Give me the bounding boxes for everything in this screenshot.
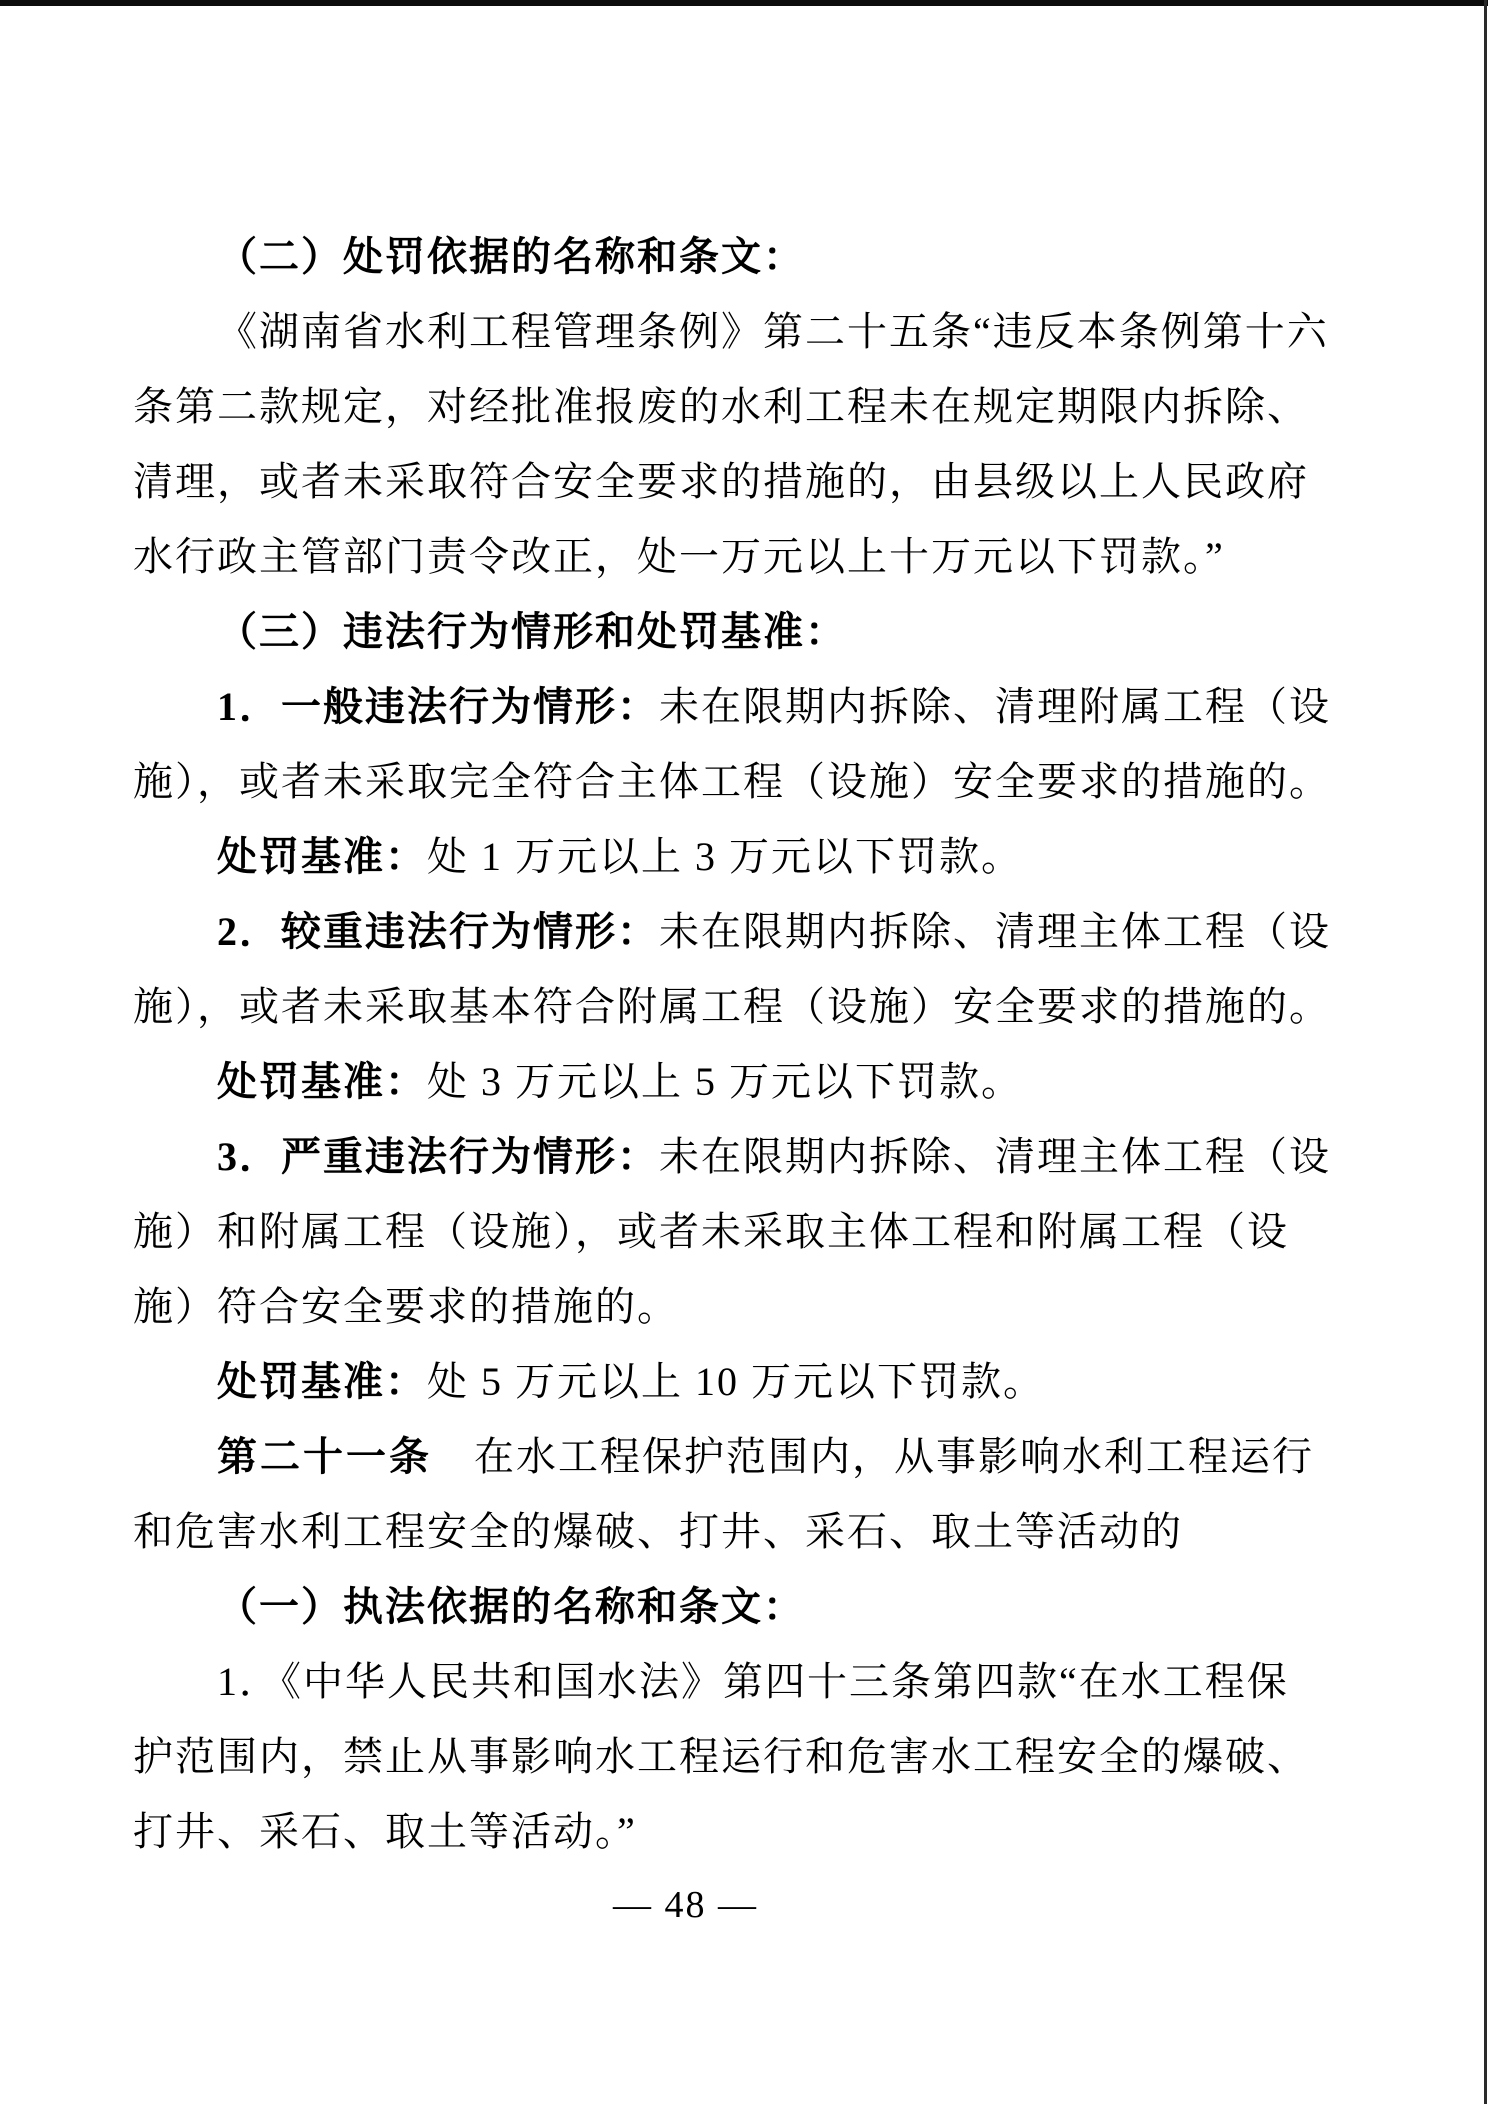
heading-text: （一）执法依据的名称和条文：: [217, 1584, 805, 1629]
body-line: 处罚基准：处 1 万元以上 3 万元以下罚款。: [133, 819, 1361, 894]
body-text: 施）和附属工程（设施），或者未采取主体工程和附属工程（设: [133, 1209, 1289, 1254]
body-text: 水行政主管部门责令改正，处一万元以上十万元以下罚款。”: [133, 534, 1225, 579]
body-text: 未在限期内拆除、清理附属工程（设: [659, 684, 1331, 729]
body-text: 护范围内，禁止从事影响水工程运行和危害水工程安全的爆破、: [133, 1734, 1309, 1779]
body-text: 施），或者未采取完全符合主体工程（设施）安全要求的措施的。: [133, 759, 1331, 804]
body-text: 打井、采石、取土等活动。”: [133, 1809, 637, 1854]
body-line: 1．一般违法行为情形：未在限期内拆除、清理附属工程（设: [133, 669, 1361, 744]
body-line: 水行政主管部门责令改正，处一万元以上十万元以下罚款。”: [133, 519, 1361, 594]
body-text: 1．《中华人民共和国水法》第四十三条第四款“在水工程保: [217, 1659, 1289, 1704]
body-line: 施）符合安全要求的措施的。: [133, 1269, 1361, 1344]
body-text: 处 3 万元以上 5 万元以下罚款。: [427, 1059, 1023, 1104]
body-line: 施），或者未采取基本符合附属工程（设施）安全要求的措施的。: [133, 969, 1361, 1044]
body-line: 处罚基准：处 5 万元以上 10 万元以下罚款。: [133, 1344, 1361, 1419]
body-line: 施），或者未采取完全符合主体工程（设施）安全要求的措施的。: [133, 744, 1361, 819]
penalty-basis-label: 处罚基准：: [217, 1359, 427, 1404]
body-text: 在水工程保护范围内，从事影响水利工程运行: [474, 1434, 1314, 1479]
page-number: — 48 —: [133, 1880, 1238, 1930]
body-line: 打井、采石、取土等活动。”: [133, 1794, 1361, 1869]
item-2-label: 2．较重违法行为情形：: [217, 909, 659, 954]
item-1-label: 1．一般违法行为情形：: [217, 684, 659, 729]
body-line: 和危害水利工程安全的爆破、打井、采石、取土等活动的: [133, 1494, 1361, 1569]
body-text: 和危害水利工程安全的爆破、打井、采石、取土等活动的: [133, 1509, 1183, 1554]
heading-text: （二）处罚依据的名称和条文：: [217, 234, 805, 279]
penalty-basis-label: 处罚基准：: [217, 1059, 427, 1104]
article-21-label: 第二十一条: [217, 1435, 432, 1479]
body-text: 条第二款规定，对经批准报废的水利工程未在规定期限内拆除、: [133, 384, 1309, 429]
body-text: 《湖南省水利工程管理条例》第二十五条“违反本条例第十六: [217, 309, 1329, 354]
body-line: 1．《中华人民共和国水法》第四十三条第四款“在水工程保: [133, 1644, 1361, 1719]
body-line: 条第二款规定，对经批准报废的水利工程未在规定期限内拆除、: [133, 369, 1361, 444]
page-top-edge-bar: [0, 0, 1488, 6]
body-line: 3．严重违法行为情形：未在限期内拆除、清理主体工程（设: [133, 1119, 1361, 1194]
body-text: 未在限期内拆除、清理主体工程（设: [659, 1134, 1331, 1179]
body-text: 未在限期内拆除、清理主体工程（设: [659, 909, 1331, 954]
body-line: 施）和附属工程（设施），或者未采取主体工程和附属工程（设: [133, 1194, 1361, 1269]
body-text: 处 1 万元以上 3 万元以下罚款。: [427, 834, 1023, 879]
body-text: 施）符合安全要求的措施的。: [133, 1284, 679, 1329]
document-page: （二）处罚依据的名称和条文： 《湖南省水利工程管理条例》第二十五条“违反本条例第…: [133, 219, 1361, 1869]
body-line: 护范围内，禁止从事影响水工程运行和危害水工程安全的爆破、: [133, 1719, 1361, 1794]
page-right-edge-line: [1484, 0, 1487, 2104]
body-line: 2．较重违法行为情形：未在限期内拆除、清理主体工程（设: [133, 894, 1361, 969]
section-heading-3: （三）违法行为情形和处罚基准：: [133, 594, 1361, 669]
body-text: 施），或者未采取基本符合附属工程（设施）安全要求的措施的。: [133, 984, 1331, 1029]
article-21-line: 第二十一条在水工程保护范围内，从事影响水利工程运行: [133, 1419, 1361, 1494]
penalty-basis-label: 处罚基准：: [217, 834, 427, 879]
heading-text: （三）违法行为情形和处罚基准：: [217, 609, 847, 654]
body-text: 处 5 万元以上 10 万元以下罚款。: [427, 1359, 1045, 1404]
body-line: 处罚基准：处 3 万元以上 5 万元以下罚款。: [133, 1044, 1361, 1119]
body-text: 清理，或者未采取符合安全要求的措施的，由县级以上人民政府: [133, 459, 1309, 504]
item-3-label: 3．严重违法行为情形：: [217, 1134, 659, 1179]
body-line: 《湖南省水利工程管理条例》第二十五条“违反本条例第十六: [133, 294, 1361, 369]
section-heading-1: （一）执法依据的名称和条文：: [133, 1569, 1361, 1644]
body-line: 清理，或者未采取符合安全要求的措施的，由县级以上人民政府: [133, 444, 1361, 519]
section-heading-2: （二）处罚依据的名称和条文：: [133, 219, 1361, 294]
